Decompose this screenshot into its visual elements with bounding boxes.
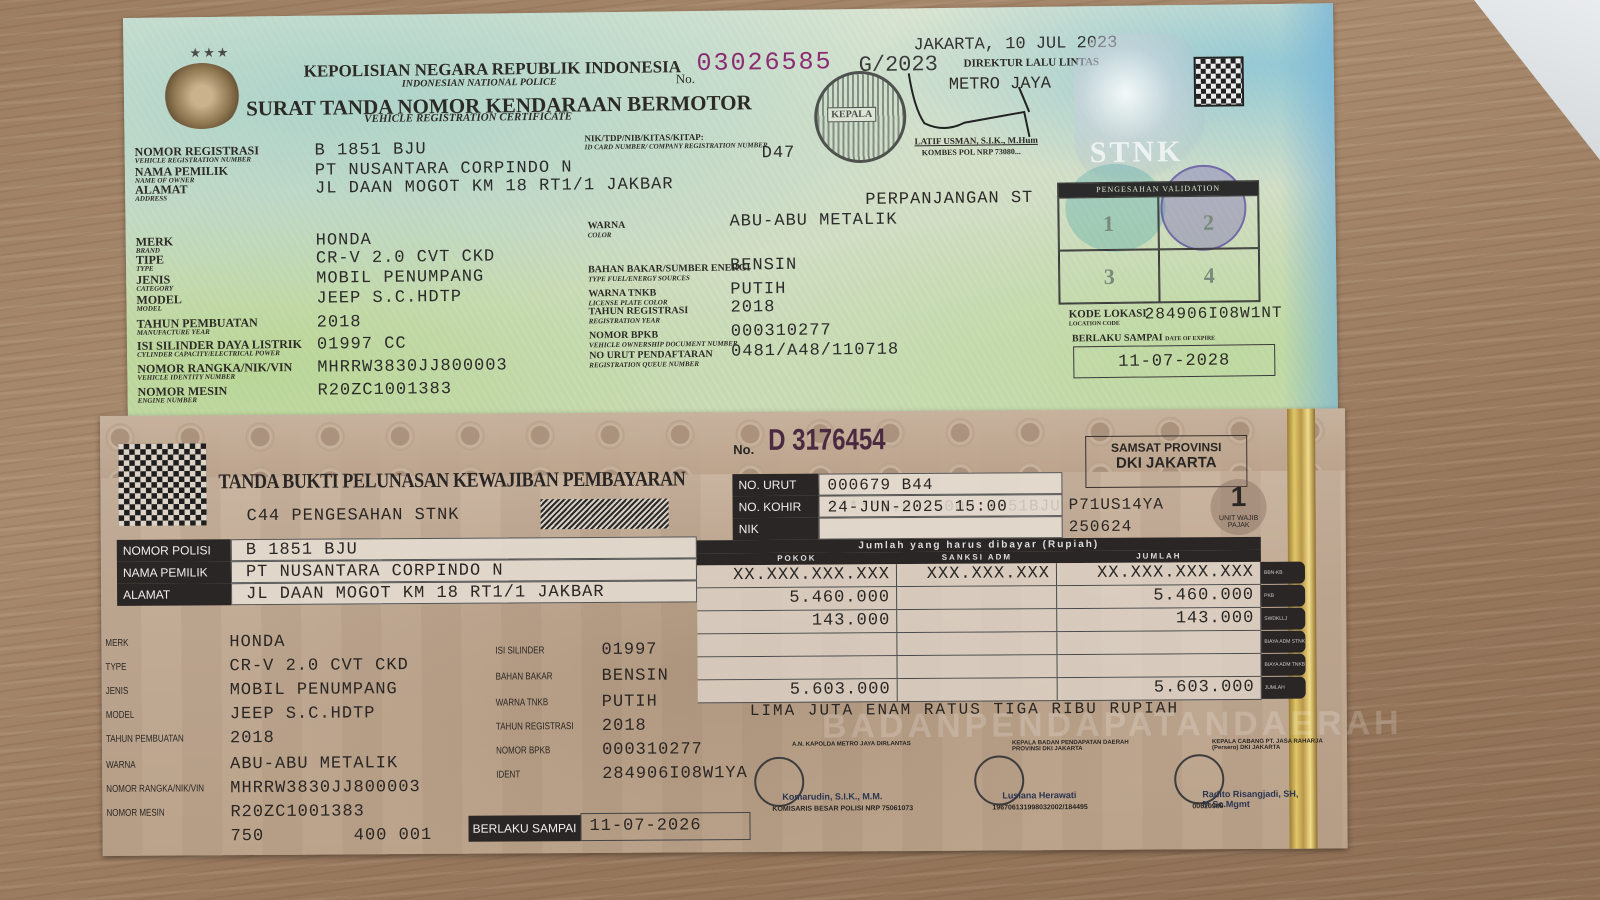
payment-row-label: PKB (1261, 585, 1305, 607)
qr-code-icon (1194, 56, 1245, 107)
payment-cell-jumlah (1057, 654, 1261, 677)
vehicle-value: 000310277 (602, 740, 703, 760)
payment-cell-sanksi (897, 632, 1057, 655)
location-code-value: 284906I08W1NT (1145, 304, 1283, 324)
signatory-id: 00620909 (1192, 803, 1223, 810)
validation-cell: 1 (1058, 196, 1159, 250)
officer-rank: KOMBES POL NRP 73080... (922, 147, 1021, 157)
row-value: 24-JUN-2025 15:00 (818, 494, 1062, 517)
validation-cell: 3 (1059, 249, 1160, 303)
payment-cell-pokok (697, 633, 897, 656)
payment-cell-sanksi: XXX.XXX.XXX (897, 563, 1057, 586)
field-label: TAHUN PEMBUATANMANUFACTURE YEAR (137, 316, 258, 336)
vehicle-label: TAHUN REGISTRASI (496, 721, 574, 732)
field-value: ABU-ABU METALIK (729, 211, 897, 232)
field-value: 2018 (730, 298, 775, 318)
vehicle-value: R20ZC1001383 (230, 802, 365, 822)
vehicle-value: 284906I08W1YA (602, 764, 748, 784)
row-value: PT NUSANTARA CORPINDO N (231, 558, 697, 583)
receipt-expiry-date: 11-07-2026 (580, 812, 750, 841)
samsat-line1: SAMSAT PROVINSI (1086, 440, 1246, 455)
payment-cell-jumlah: 143.000 (1057, 608, 1261, 631)
vehicle-label: MODEL (106, 710, 135, 721)
vehicle-label: JENIS (106, 686, 129, 697)
payment-row-label: BIAYA ADM TNKB (1261, 654, 1305, 676)
field-label: ISI SILINDER DAYA LISTRIKCYLINDER CAPACI… (137, 338, 302, 359)
unit-badge-label: UNIT WAJIB PAJAK (1211, 515, 1267, 529)
payment-row-label: SWDKLLJ (1261, 608, 1305, 630)
payment-cell-pokok (697, 656, 897, 679)
signatory-name: Lusiana Herawati (1002, 790, 1076, 800)
payment-cell-sanksi (897, 586, 1057, 609)
field-value: HONDA (316, 231, 372, 251)
field-label: TIPETYPE (136, 254, 164, 273)
field-value: CR-V 2.0 CVT CKD (316, 247, 495, 268)
vehicle-value: CR-V 2.0 CVT CKD (229, 656, 408, 676)
field-value: R20ZC1001383 (317, 380, 452, 401)
field-value: JEEP S.C.HDTP (316, 288, 462, 309)
payment-cell-jumlah: 5.460.000 (1057, 585, 1261, 608)
field-value: 2018 (317, 313, 362, 333)
location-code-label: KODE LOKASILOCATION CODE (1069, 309, 1147, 330)
receipt-serial: D 3176454 (768, 423, 886, 458)
payment-row (697, 631, 1261, 657)
signatory-id: KOMISARIS BESAR POLISI NRP 75061073 (772, 805, 913, 813)
police-emblem-icon (162, 63, 243, 130)
payment-cell-sanksi (897, 609, 1057, 632)
info-row: NIK (733, 516, 1063, 540)
vehicle-label: TYPE (106, 662, 127, 673)
field-label: NOMOR MESINENGINE NUMBER (137, 385, 227, 405)
background-wall (1420, 0, 1600, 160)
vehicle-registration-certificate: ★★★ KEPOLISIAN NEGARA REPUBLIK INDONESIA… (123, 3, 1338, 430)
vehicle-value: ABU-ABU METALIK (230, 754, 398, 774)
info-row: ALAMATJL DAAN MOGOT KM 18 RT1/1 JAKBAR (117, 580, 697, 606)
vehicle-label: NOMOR RANGKA/NIK/VIN (106, 783, 204, 795)
receipt-title: TANDA BUKTI PELUNASAN KEWAJIBAN PEMBAYAR… (218, 466, 685, 494)
expiry-label: BERLAKU SAMPAI DATE OF EXPIRE (1072, 332, 1215, 345)
unit-badge: 1 UNIT WAJIB PAJAK (1210, 479, 1266, 535)
meta-codes: P71US14YA 250624 (1068, 472, 1164, 539)
signatory-id: 196706131998032002/184495 (992, 804, 1087, 812)
payment-row (697, 654, 1261, 680)
payment-row: XX.XXX.XXX.XXXXXX.XXX.XXXXX.XXX.XXX.XXX (697, 562, 1261, 588)
payment-row-label: BBN-KB (1261, 562, 1305, 584)
vehicle-value: 2018 (230, 729, 275, 748)
field-label: NOMOR BPKBVEHICLE OWNERSHIP DOCUMENT NUM… (589, 329, 738, 350)
row-value: JL DAAN MOGOT KM 18 RT1/1 JAKBAR (231, 580, 697, 605)
field-label: JENISCATEGORY (136, 273, 173, 292)
vehicle-label: NOMOR BPKB (496, 745, 550, 756)
row-value: B 1851 BJU (231, 536, 697, 561)
payment-cell-jumlah: XX.XXX.XXX.XXX (1057, 562, 1261, 585)
serial-label: No. (733, 442, 754, 457)
payment-cell-sanksi (898, 678, 1058, 701)
row-label: NIK (733, 518, 819, 541)
payment-cell-pokok: 143.000 (697, 610, 897, 633)
serial-number: 03026585 (696, 47, 832, 78)
info-row: NO. KOHIR24-JUN-2025 15:00 (733, 494, 1063, 518)
barcode-icon (541, 499, 669, 530)
info-row: NO. URUT000679 B44 *****5.603.000 1851BJ… (732, 472, 1062, 496)
signatory-name: Komarudin, S.I.K., M.M. (782, 791, 882, 802)
payment-row: 143.000143.000 (697, 608, 1261, 634)
decorative-edge (1278, 3, 1338, 416)
signature-icon (904, 67, 1055, 139)
unit-badge-number: 1 (1210, 479, 1266, 515)
row-label: ALAMAT (117, 583, 231, 606)
extension-note: PERPANJANGAN ST (865, 189, 1033, 210)
id-field-label: NIK/TDP/NIB/KITAS/KITAP:ID CARD NUMBER/ … (584, 130, 767, 151)
vehicle-label: NOMOR MESIN (106, 808, 164, 819)
vehicle-label: IDENT (496, 769, 520, 780)
row-label: NO. KOHIR (733, 496, 819, 519)
field-value: 000310277 (731, 321, 832, 341)
payment-cell-sanksi (897, 655, 1057, 678)
signatory-title: KEPALA CABANG PT. JASA RAHARJA (Persero)… (1212, 738, 1332, 751)
validation-cell: 2 (1158, 195, 1259, 249)
payment-receipt: BADANPENDAPATANDAERAH TANDA BUKTI PELUNA… (100, 408, 1348, 856)
field-label: NOMOR RANGKA/NIK/VINVEHICLE IDENTITY NUM… (137, 361, 292, 382)
expiry-date: 11-07-2028 (1073, 344, 1275, 378)
vehicle-label: WARNA TNKB (496, 697, 549, 708)
vehicle-label: MERK (105, 638, 128, 649)
field-label: MODELMODEL (136, 293, 182, 313)
row-label: NO. URUT (732, 474, 818, 497)
field-label: NOMOR REGISTRASIVEHICLE REGISTRATION NUM… (135, 144, 260, 165)
officer-name: LATIF USMAN, S.I.K., M.Hum (915, 135, 1038, 147)
vehicle-value: MOBIL PENUMPANG (230, 680, 398, 700)
validation-cell: 4 (1159, 248, 1260, 302)
samsat-line2: DKI JAKARTA (1086, 454, 1246, 472)
field-value: 0481/A48/110718 (731, 341, 899, 362)
serial-label: No. (676, 71, 695, 87)
meta-date-code: 250624 (1069, 516, 1165, 539)
vehicle-label: WARNA (106, 760, 136, 771)
vehicle-value: 2018 (602, 717, 647, 736)
field-label: WARNACOLOR (588, 220, 626, 239)
vehicle-value: JEEP S.C.HDTP (230, 704, 376, 724)
document-title-en: VEHICLE REGISTRATION CERTIFICATE (364, 111, 572, 126)
vehicle-label: ISI SILINDER (495, 645, 544, 656)
field-value: PUTIH (730, 280, 786, 300)
field-label: TAHUN REGISTRASIREGISTRATION YEAR (589, 305, 689, 325)
payment-table: Jumlah yang harus dibayar (Rupiah) POKOK… (697, 537, 1262, 703)
receipt-expiry-label: BERLAKU SAMPAI (468, 815, 580, 842)
payment-cell-pokok: 5.603.000 (698, 679, 898, 702)
vehicle-label: BAHAN BAKAR (496, 671, 553, 682)
extra-code-line: 750 400 001 (231, 826, 433, 846)
field-value: 01997 CC (317, 335, 407, 355)
payment-cell-jumlah (1057, 631, 1261, 654)
signatory-name: Radito Risangjadi, SH, M.Sc.Mgmt (1202, 788, 1347, 809)
field-value: BENSIN (730, 256, 797, 276)
payment-cell-jumlah: 5.603.000 (1058, 677, 1262, 700)
signatory-title: KEPALA BADAN PENDAPATAN DAERAH PROVINSI … (1012, 740, 1132, 753)
row-label: NOMOR POLISI (117, 539, 231, 562)
amount-in-words: LIMA JUTA ENAM RATUS TIGA RIBU RUPIAH (750, 699, 1179, 720)
payment-row-label: BIAYA ADM STNK (1261, 631, 1305, 653)
field-value: MOBIL PENUMPANG (316, 268, 484, 289)
field-value: JL DAAN MOGOT KM 18 RT1/1 JAKBAR (315, 175, 674, 198)
column-sanksi: SANKSI ADM (897, 551, 1057, 564)
stamp-text: KEPALA (827, 107, 876, 123)
stars-icon: ★★★ (189, 45, 230, 61)
field-label: WARNA TNKBLICENSE PLATE COLOR (588, 287, 667, 307)
field-label: ALAMATADDRESS (135, 183, 188, 203)
vehicle-value: HONDA (229, 633, 285, 652)
payment-cell-pokok: 5.460.000 (697, 587, 897, 610)
row-value: 000679 B44 *****5.603.000 1851BJU (818, 472, 1062, 495)
id-field-value: D47 (762, 144, 796, 163)
validation-box: PENGESAHAN VALIDATION 1 2 3 4 (1057, 180, 1260, 304)
row-value (819, 516, 1063, 539)
payment-cell-pokok: XX.XXX.XXX.XXX (697, 564, 897, 587)
row-label: NAMA PEMILIK (117, 561, 231, 584)
vehicle-value: BENSIN (602, 667, 669, 686)
vehicle-value: MHRRW3830JJ800003 (230, 778, 421, 798)
field-value: B 1851 BJU (315, 140, 427, 160)
field-value: MHRRW3830JJ800003 (317, 356, 508, 377)
meta-code: P71US14YA (1068, 494, 1164, 517)
official-stamp-icon: KEPALA (814, 70, 907, 163)
qr-code-icon (118, 443, 206, 526)
agency-name-en: INDONESIAN NATIONAL POLICE (402, 77, 557, 90)
payment-row: 5.460.0005.460.000 (697, 585, 1261, 611)
vehicle-label: TAHUN PEMBUATAN (106, 733, 184, 744)
vehicle-value: PUTIH (602, 693, 658, 712)
payment-row-label: JUMLAH (1262, 677, 1306, 699)
field-label: BAHAN BAKAR/SUMBER ENERGITYPE FUEL/ENERG… (588, 262, 750, 283)
field-label: NO URUT PENDAFTARANREGISTRATION QUEUE NU… (589, 349, 713, 370)
receipt-subtitle: C44 PENGESAHAN STNK (247, 506, 460, 526)
vehicle-value: 01997 (601, 641, 657, 660)
signatory-title: A.N. KAPOLDA METRO JAYA DIRLANTAS (792, 741, 912, 748)
